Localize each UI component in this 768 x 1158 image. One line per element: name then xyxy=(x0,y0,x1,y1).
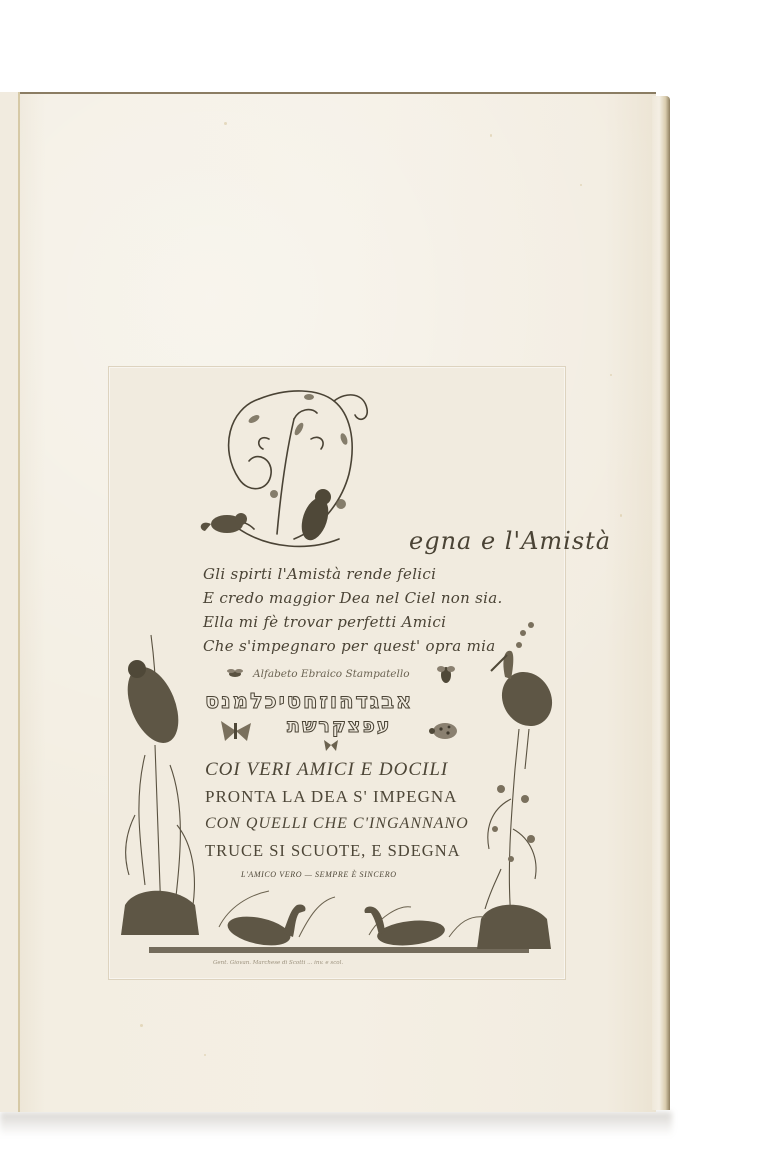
bee-icon xyxy=(435,663,457,685)
capital-line-4: TRUCE SI SCUOTE, E SDEGNA xyxy=(205,841,461,861)
verse-line-3: Ella mi fè trovar perfetti Amici xyxy=(203,613,446,631)
foxing-spot xyxy=(610,374,612,376)
small-moth-icon xyxy=(323,737,339,753)
engraved-plate: egna e l'Amistà Gli spirti l'Amistà rend… xyxy=(108,366,566,980)
fore-edge xyxy=(652,96,670,1110)
verse-line-1: Gli spirti l'Amistà rende felici xyxy=(203,565,436,583)
ducks-among-reeds-icon xyxy=(149,887,529,957)
left-page-edge xyxy=(0,92,20,1112)
plate-title: egna e l'Amistà xyxy=(409,527,611,555)
foxing-spot xyxy=(490,134,492,137)
foxing-spot xyxy=(224,122,227,125)
capital-line-2: PRONTA LA DEA S' IMPEGNA xyxy=(205,787,457,807)
foxing-spot xyxy=(204,1054,206,1056)
verse-line-2: E credo maggior Dea nel Ciel non sia. xyxy=(203,589,503,607)
alphabet-label: Alfabeto Ebraico Stampatello xyxy=(253,668,410,680)
capital-line-3: CON QUELLI CHE C'INGANNANO xyxy=(205,815,469,833)
capital-line-1: COI VERI AMICI E DOCILI xyxy=(205,759,448,781)
book-shadow xyxy=(0,1112,672,1136)
foxing-spot xyxy=(620,514,622,517)
foxing-spot xyxy=(140,1024,143,1027)
hebrew-alphabet-row-1: אבגדהוזחטיכלמנס xyxy=(205,689,413,713)
foxing-spot xyxy=(580,184,582,186)
moth-icon xyxy=(219,719,253,743)
motto-line: L'AMICO VERO — SEMPRE È SINCERO xyxy=(241,870,397,879)
engraver-imprint: Gent. Giovan. Marchese di Scotti ... inv… xyxy=(213,960,343,966)
hebrew-alphabet-row-2: עפצקרשת xyxy=(287,715,391,737)
verse-line-4: Che s'impegnaro per quest' opra mia xyxy=(203,637,495,655)
fly-icon xyxy=(225,667,245,681)
right-page: egna e l'Amistà Gli spirti l'Amistà rend… xyxy=(20,92,656,1112)
ornamental-initial-d-icon xyxy=(199,379,389,559)
ladybug-icon xyxy=(427,721,459,741)
